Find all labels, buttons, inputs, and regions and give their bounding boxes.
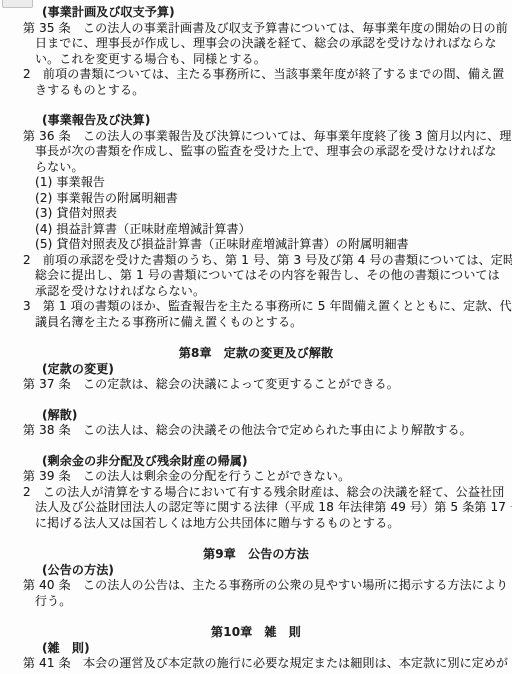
chapter-heading: 第10章 雑 則 <box>23 625 489 641</box>
list-item-line: (2) 事業報告の附属明細書 <box>23 191 489 207</box>
article-line: 第 37 条 この定款は、総会の決議によって変更することができる。 <box>23 377 489 393</box>
document-text: (事業計画及び収支予算)第 35 条 この法人の事業計画書及び収支予算書について… <box>23 5 489 672</box>
article-line: 2 この法人が清算をする場合において有する残余財産は、総会の決議を経て、公益社団 <box>23 485 489 501</box>
chapter-heading: 第8章 定款の変更及び解散 <box>23 346 489 362</box>
article-line: 第 40 条 この法人の公告は、主たる事務所の公衆の見やすい場所に掲示する方法に… <box>23 578 489 594</box>
document-page: (事業計画及び収支予算)第 35 条 この法人の事業計画書及び収支予算書について… <box>0 0 512 674</box>
article-line: 2 前項の書類については、主たる事務所に、当該事業年度が終了するまでの間、備え置 <box>23 67 489 83</box>
continuation-line: 行う。 <box>23 594 489 610</box>
section-heading: (雑 則) <box>23 641 489 657</box>
article-line: 第 39 条 この法人は剰余金の分配を行うことができない。 <box>23 469 489 485</box>
article-line: 3 第 1 項の書類のほか、監査報告を主たる事務所に 5 年間備え置くとともに、… <box>23 299 489 315</box>
continuation-line: らない。 <box>23 160 489 176</box>
section-heading: (公告の方法) <box>23 563 489 579</box>
chapter-heading: 第9章 公告の方法 <box>23 547 489 563</box>
continuation-line: 事長が次の書類を作成し、監事の監査を受けた上で、理事会の承認を受けなければな <box>23 144 489 160</box>
article-line: 第 38 条 この法人は、総会の決議その他法令で定められた事由により解散する。 <box>23 423 489 439</box>
article-line: 第 35 条 この法人の事業計画書及び収支予算書については、毎事業年度の開始の日… <box>23 21 489 37</box>
list-item-line: (3) 貸借対照表 <box>23 206 489 222</box>
list-item-line: (1) 事業報告 <box>23 175 489 191</box>
section-heading: (定款の変更) <box>23 362 489 378</box>
continuation-line: 総会に提出し、第 1 号の書類についてはその内容を報告し、その他の書類については <box>23 268 489 284</box>
section-heading: (事業計画及び収支予算) <box>23 5 489 21</box>
continuation-line: 議員名簿を主たる事務所に備え置くものとする。 <box>23 315 489 331</box>
list-item-line: (5) 貸借対照表及び損益計算書（正味財産増減計算書）の附属明細書 <box>23 237 489 253</box>
continuation-line: 承認を受けなければならない。 <box>23 284 489 300</box>
article-line: 第 36 条 この法人の事業報告及び決算については、毎事業年度終了後 3 箇月以… <box>23 129 489 145</box>
section-heading: (事業報告及び決算) <box>23 113 489 129</box>
section-heading: (剰余金の非分配及び残余財産の帰属) <box>23 454 489 470</box>
continuation-line: 日までに、理事長が作成し、理事会の決議を経て、総会の承認を受けなければならな <box>23 36 489 52</box>
list-item-line: (4) 損益計算書（正味財産増減計算書） <box>23 222 489 238</box>
continuation-line: 法人及び公益財団法人の認定等に関する法律（平成 18 年法律第 49 号）第 5… <box>23 500 489 516</box>
continuation-line: い。これを変更する場合も、同様とする。 <box>23 52 489 68</box>
article-line: 第 41 条 本会の運営及び本定款の施行に必要な規定または細則は、本定款に別に定… <box>23 656 489 672</box>
section-heading: (解散) <box>23 408 489 424</box>
continuation-line: に掲げる法人又は国若しくは地方公共団体に贈与するものとする。 <box>23 516 489 532</box>
article-line: 2 前項の承認を受けた書類のうち、第 1 号、第 3 号及び第 4 号の書類につ… <box>23 253 489 269</box>
continuation-line: きするものとする。 <box>23 83 489 99</box>
